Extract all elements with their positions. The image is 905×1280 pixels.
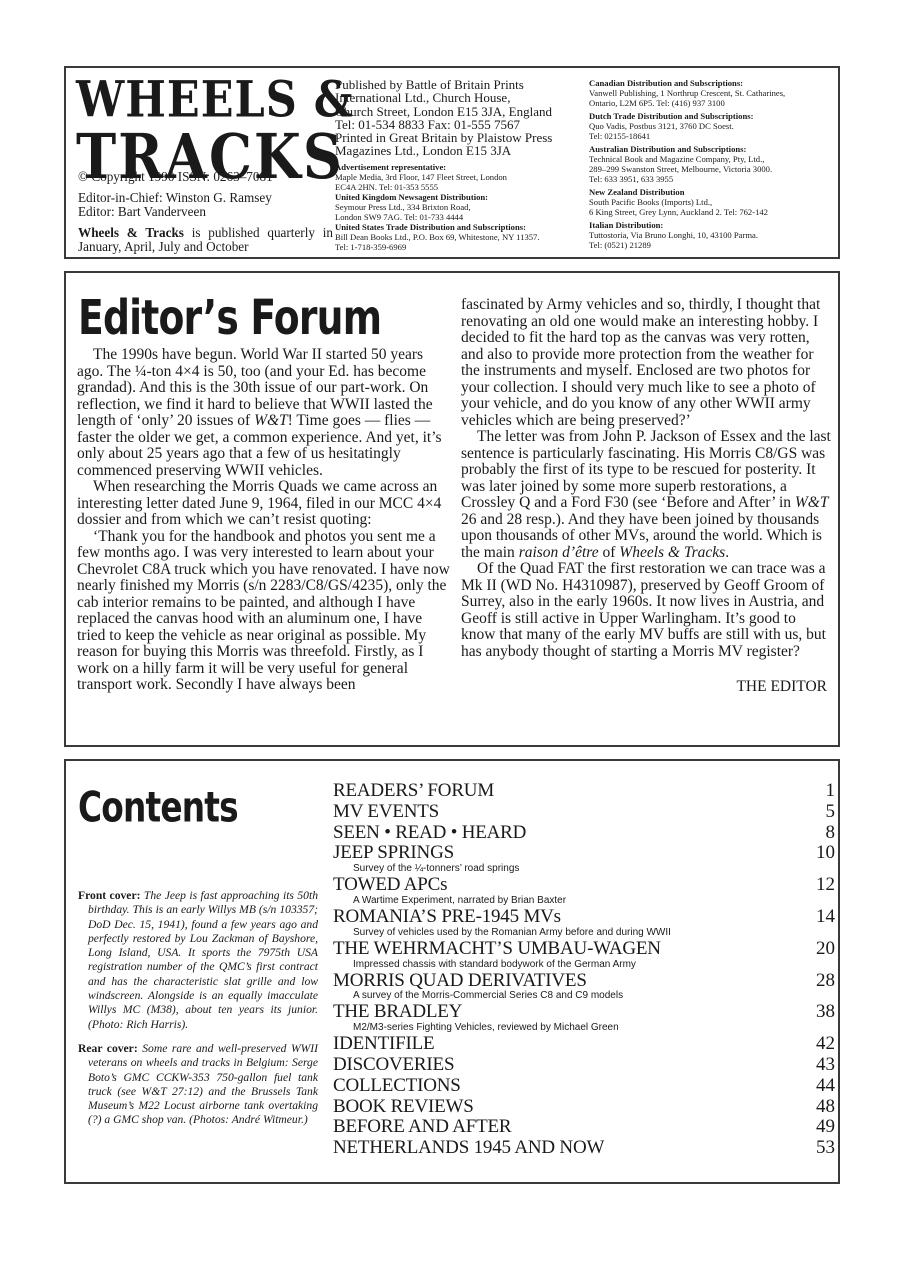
forum-paragraph: fascinated by Army vehicles and so, thir… — [461, 297, 831, 429]
rear-cover-caption: Rear cover: Some rare and well-preserved… — [78, 1042, 318, 1128]
publisher-info: Published by Battle of Britain Prints In… — [335, 78, 585, 252]
forum-paragraph: ‘Thank you for the handbook and photos y… — [77, 529, 452, 694]
contents-box: Contents Front cover: The Jeep is fast a… — [64, 759, 840, 1184]
copyright-line: © Copyright 1990 ISSN: 0263–7081 — [78, 170, 333, 184]
cover-notes: Front cover: The Jeep is fast approachin… — [78, 889, 318, 1138]
toc-entry[interactable]: THE BRADLEY38M2/M3-series Fighting Vehic… — [333, 1002, 835, 1033]
dutch-distribution: Dutch Trade Distribution and Subscriptio… — [589, 111, 834, 141]
toc-page-number: 10 — [816, 843, 835, 864]
publication-name: Wheels & Tracks — [78, 225, 184, 240]
toc-entry-title: ROMANIA’S PRE-1945 MVs — [333, 907, 835, 928]
forum-column-left: The 1990s have begun. World War II start… — [77, 347, 452, 694]
publication-schedule: Wheels & Tracks is published quarterly i… — [78, 226, 333, 254]
front-cover-caption: Front cover: The Jeep is fast approachin… — [78, 889, 318, 1032]
toc-entry[interactable]: READERS’ FORUM1 — [333, 781, 835, 802]
toc-entry-subtitle: Survey of the ¼-tonners’ road springs — [333, 863, 835, 874]
canadian-distribution: Canadian Distribution and Subscriptions:… — [589, 78, 834, 108]
toc-page-number: 48 — [816, 1097, 835, 1118]
toc-entry-title: JEEP SPRINGS — [333, 843, 835, 864]
toc-entry[interactable]: BEFORE AND AFTER49 — [333, 1117, 835, 1138]
toc-page-number: 44 — [816, 1076, 835, 1097]
toc-page-number: 12 — [816, 875, 835, 896]
toc-entry[interactable]: JEEP SPRINGS10Survey of the ¼-tonners’ r… — [333, 843, 835, 874]
toc-entry[interactable]: COLLECTIONS44 — [333, 1076, 835, 1097]
magazine-logo: WHEELS & TRACKS — [76, 76, 328, 179]
toc-entry[interactable]: NETHERLANDS 1945 AND NOW53 — [333, 1138, 835, 1159]
editor-in-chief: Editor-in-Chief: Winston G. Ramsey — [78, 190, 272, 205]
distribution-info: Canadian Distribution and Subscriptions:… — [589, 78, 834, 253]
toc-entry-title: NETHERLANDS 1945 AND NOW — [333, 1138, 835, 1159]
masthead-box: WHEELS & TRACKS © Copyright 1990 ISSN: 0… — [64, 66, 840, 259]
toc-entry[interactable]: DISCOVERIES43 — [333, 1055, 835, 1076]
toc-page-number: 1 — [826, 781, 836, 802]
contents-heading: Contents — [78, 787, 238, 829]
toc-entry[interactable]: TOWED APCs12A Wartime Experiment, narrat… — [333, 875, 835, 906]
new-zealand-distribution: New Zealand Distribution South Pacific B… — [589, 187, 834, 217]
forum-paragraph: The letter was from John P. Jackson of E… — [461, 429, 831, 561]
toc-entry[interactable]: MORRIS QUAD DERIVATIVES28A survey of the… — [333, 971, 835, 1002]
toc-entry-title: BEFORE AND AFTER — [333, 1117, 835, 1138]
toc-page-number: 14 — [816, 907, 835, 928]
publisher-address: Published by Battle of Britain Prints In… — [335, 78, 585, 158]
toc-page-number: 49 — [816, 1117, 835, 1138]
toc-entry[interactable]: IDENTIFILE42 — [333, 1034, 835, 1055]
toc-entry-title: MV EVENTS — [333, 802, 835, 823]
forum-column-right: fascinated by Army vehicles and so, thir… — [461, 297, 831, 696]
toc-entry-subtitle: A Wartime Experiment, narrated by Brian … — [333, 895, 835, 906]
toc-page-number: 38 — [816, 1002, 835, 1023]
masthead-credits: © Copyright 1990 ISSN: 0263–7081 Editor-… — [78, 170, 333, 261]
toc-entry-subtitle: A survey of the Morris-Commercial Series… — [333, 990, 835, 1001]
toc-entry[interactable]: ROMANIA’S PRE-1945 MVs14Survey of vehicl… — [333, 907, 835, 938]
table-of-contents: READERS’ FORUM1MV EVENTS5SEEN • READ • H… — [333, 781, 835, 1159]
toc-entry-subtitle: Survey of vehicles used by the Romanian … — [333, 927, 835, 938]
toc-entry-title: THE BRADLEY — [333, 1002, 835, 1023]
toc-page-number: 28 — [816, 971, 835, 992]
editors-forum-box: Editor’s Forum The 1990s have begun. Wor… — [64, 271, 840, 747]
toc-entry-title: BOOK REVIEWS — [333, 1097, 835, 1118]
toc-page-number: 5 — [826, 802, 836, 823]
toc-page-number: 42 — [816, 1034, 835, 1055]
toc-entry[interactable]: THE WEHRMACHT’S UMBAU-WAGEN20Impressed c… — [333, 939, 835, 970]
toc-entry-subtitle: Impressed chassis with standard bodywork… — [333, 959, 835, 970]
forum-paragraph: The 1990s have begun. World War II start… — [77, 347, 452, 479]
toc-entry[interactable]: MV EVENTS5 — [333, 802, 835, 823]
toc-entry-title: READERS’ FORUM — [333, 781, 835, 802]
toc-entry-title: DISCOVERIES — [333, 1055, 835, 1076]
italian-distribution: Italian Distribution: Tuttostoria, Via B… — [589, 220, 834, 250]
forum-paragraph: Of the Quad FAT the first restoration we… — [461, 561, 831, 660]
toc-entry-title: THE WEHRMACHT’S UMBAU-WAGEN — [333, 939, 835, 960]
editors-forum-heading: Editor’s Forum — [78, 293, 381, 341]
toc-page-number: 53 — [816, 1138, 835, 1159]
toc-entry-title: COLLECTIONS — [333, 1076, 835, 1097]
logo-line-1: WHEELS & — [76, 76, 328, 125]
forum-paragraph: When researching the Morris Quads we cam… — [77, 479, 452, 529]
toc-page-number: 8 — [826, 823, 836, 844]
toc-entry[interactable]: BOOK REVIEWS48 — [333, 1097, 835, 1118]
toc-entry-title: SEEN • READ • HEARD — [333, 823, 835, 844]
toc-entry[interactable]: SEEN • READ • HEARD8 — [333, 823, 835, 844]
editor-signature: THE EDITOR — [461, 679, 831, 696]
editor: Editor: Bart Vanderveen — [78, 204, 206, 219]
australian-distribution: Australian Distribution and Subscription… — [589, 144, 834, 184]
toc-page-number: 20 — [816, 939, 835, 960]
toc-entry-subtitle: M2/M3-series Fighting Vehicles, reviewed… — [333, 1022, 835, 1033]
toc-entry-title: IDENTIFILE — [333, 1034, 835, 1055]
toc-entry-title: TOWED APCs — [333, 875, 835, 896]
toc-entry-title: MORRIS QUAD DERIVATIVES — [333, 971, 835, 992]
advertisement-contact: Advertisement representative: Maple Medi… — [335, 162, 585, 252]
toc-page-number: 43 — [816, 1055, 835, 1076]
